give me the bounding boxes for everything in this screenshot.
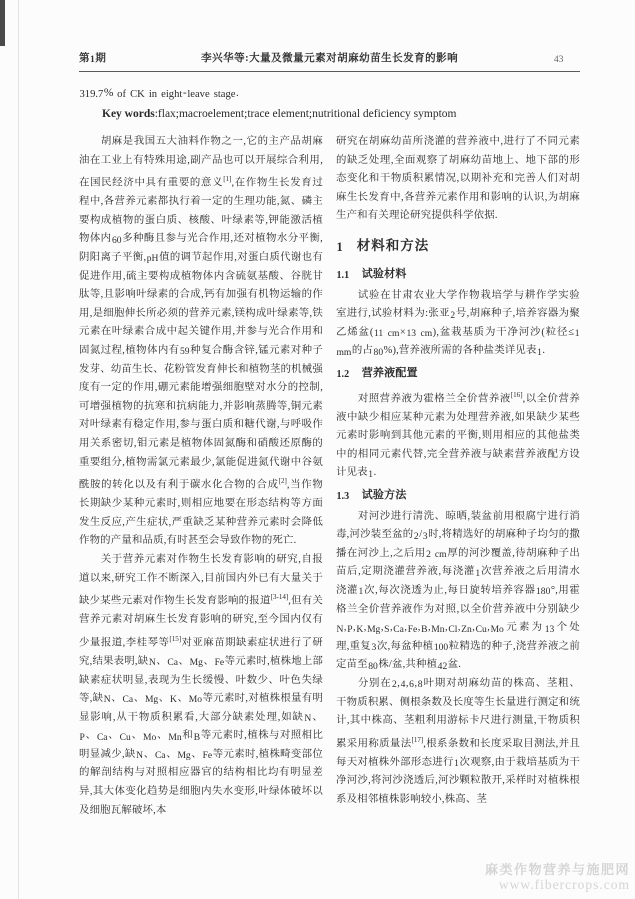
keywords-text: :flax;macroelement;trace element;nutriti…	[155, 108, 457, 120]
subsection-title: 试验方法	[362, 489, 407, 501]
section-title: 材料和方法	[357, 238, 430, 253]
header-rule	[79, 71, 580, 72]
right-column: 研究在胡麻幼苗所浇灌的营养液中,进行了不同元素的缺乏处理,全面观察了胡麻幼苗地上…	[336, 133, 580, 820]
keywords-label: Key words	[102, 108, 155, 120]
subsection-1-3-paragraph-2: 分别在2,4,6,8叶期对胡麻幼苗的株高、茎粗、干物质积累、侧根条数及长度等生长…	[336, 675, 580, 810]
watermark: 麻类作物营养与施肥网 www.fibercrops.com	[485, 862, 630, 892]
subsection-heading-1-2: 1.2营养液配置	[336, 364, 580, 384]
subsection-1-1-paragraph: 试验在甘肃农业大学作物栽培学与耕作学实验室进行,试验材料为:张亚2号,胡麻种子,…	[336, 287, 580, 361]
intro-paragraph-1: 胡麻是我国五大油料作物之一,它的主产品胡麻油在工业上有特殊用途,副产品也可以开展…	[79, 133, 323, 551]
intro-paragraph-2: 关于营养元素对作物生长发育影响的研究,自报道以来,研究工作不断深入,目前国内外已…	[79, 551, 323, 820]
watermark-site-name: 麻类作物营养与施肥网	[485, 862, 630, 877]
subsection-1-2-paragraph: 对照营养液为霍格兰全价营养液[16],以全价营养液中缺少相应某种元素为处理营养液…	[336, 386, 580, 483]
subsection-title: 试验材料	[362, 268, 407, 280]
page-edge-line	[18, 0, 19, 899]
page-number: 43	[553, 53, 580, 64]
page-header: 第1期 李兴华等:大量及微量元素对胡麻幼苗生长发育的影响 43	[79, 50, 580, 65]
page-content: 第1期 李兴华等:大量及微量元素对胡麻幼苗生长发育的影响 43 319.7% o…	[79, 50, 580, 820]
two-column-body: 胡麻是我国五大油料作物之一,它的主产品胡麻油在工业上有特殊用途,副产品也可以开展…	[79, 133, 580, 820]
subsection-number: 1.2	[336, 367, 350, 379]
running-title: 李兴华等:大量及微量元素对胡麻幼苗生长发育的影响	[106, 50, 554, 65]
section-number: 1	[336, 238, 343, 253]
keywords-line: Key words:flax;macroelement;trace elemen…	[79, 108, 580, 120]
subsection-1-3-paragraph-1: 对河沙进行清洗、晾晒,装盆前用根腐宁进行消毒,河沙装至盆的2/3时,将精选好的胡…	[336, 508, 580, 675]
scan-corner-artifact	[0, 0, 5, 46]
subsection-title: 营养液配置	[362, 367, 418, 379]
subsection-heading-1-1: 1.1试验材料	[336, 265, 580, 285]
left-column: 胡麻是我国五大油料作物之一,它的主产品胡麻油在工业上有特殊用途,副产品也可以开展…	[79, 133, 323, 820]
subsection-number: 1.1	[336, 268, 350, 280]
issue-label: 第1期	[79, 50, 106, 65]
section-heading-materials-methods: 1材料和方法	[336, 237, 580, 255]
watermark-url: www.fibercrops.com	[485, 877, 630, 892]
subsection-heading-1-3: 1.3试验方法	[336, 486, 580, 506]
subsection-number: 1.3	[336, 489, 350, 501]
intro-paragraph-2-continued: 研究在胡麻幼苗所浇灌的营养液中,进行了不同元素的缺乏处理,全面观察了胡麻幼苗地上…	[336, 133, 580, 226]
abstract-tail-line: 319.7% of CK in eight-leave stage.	[79, 87, 580, 99]
